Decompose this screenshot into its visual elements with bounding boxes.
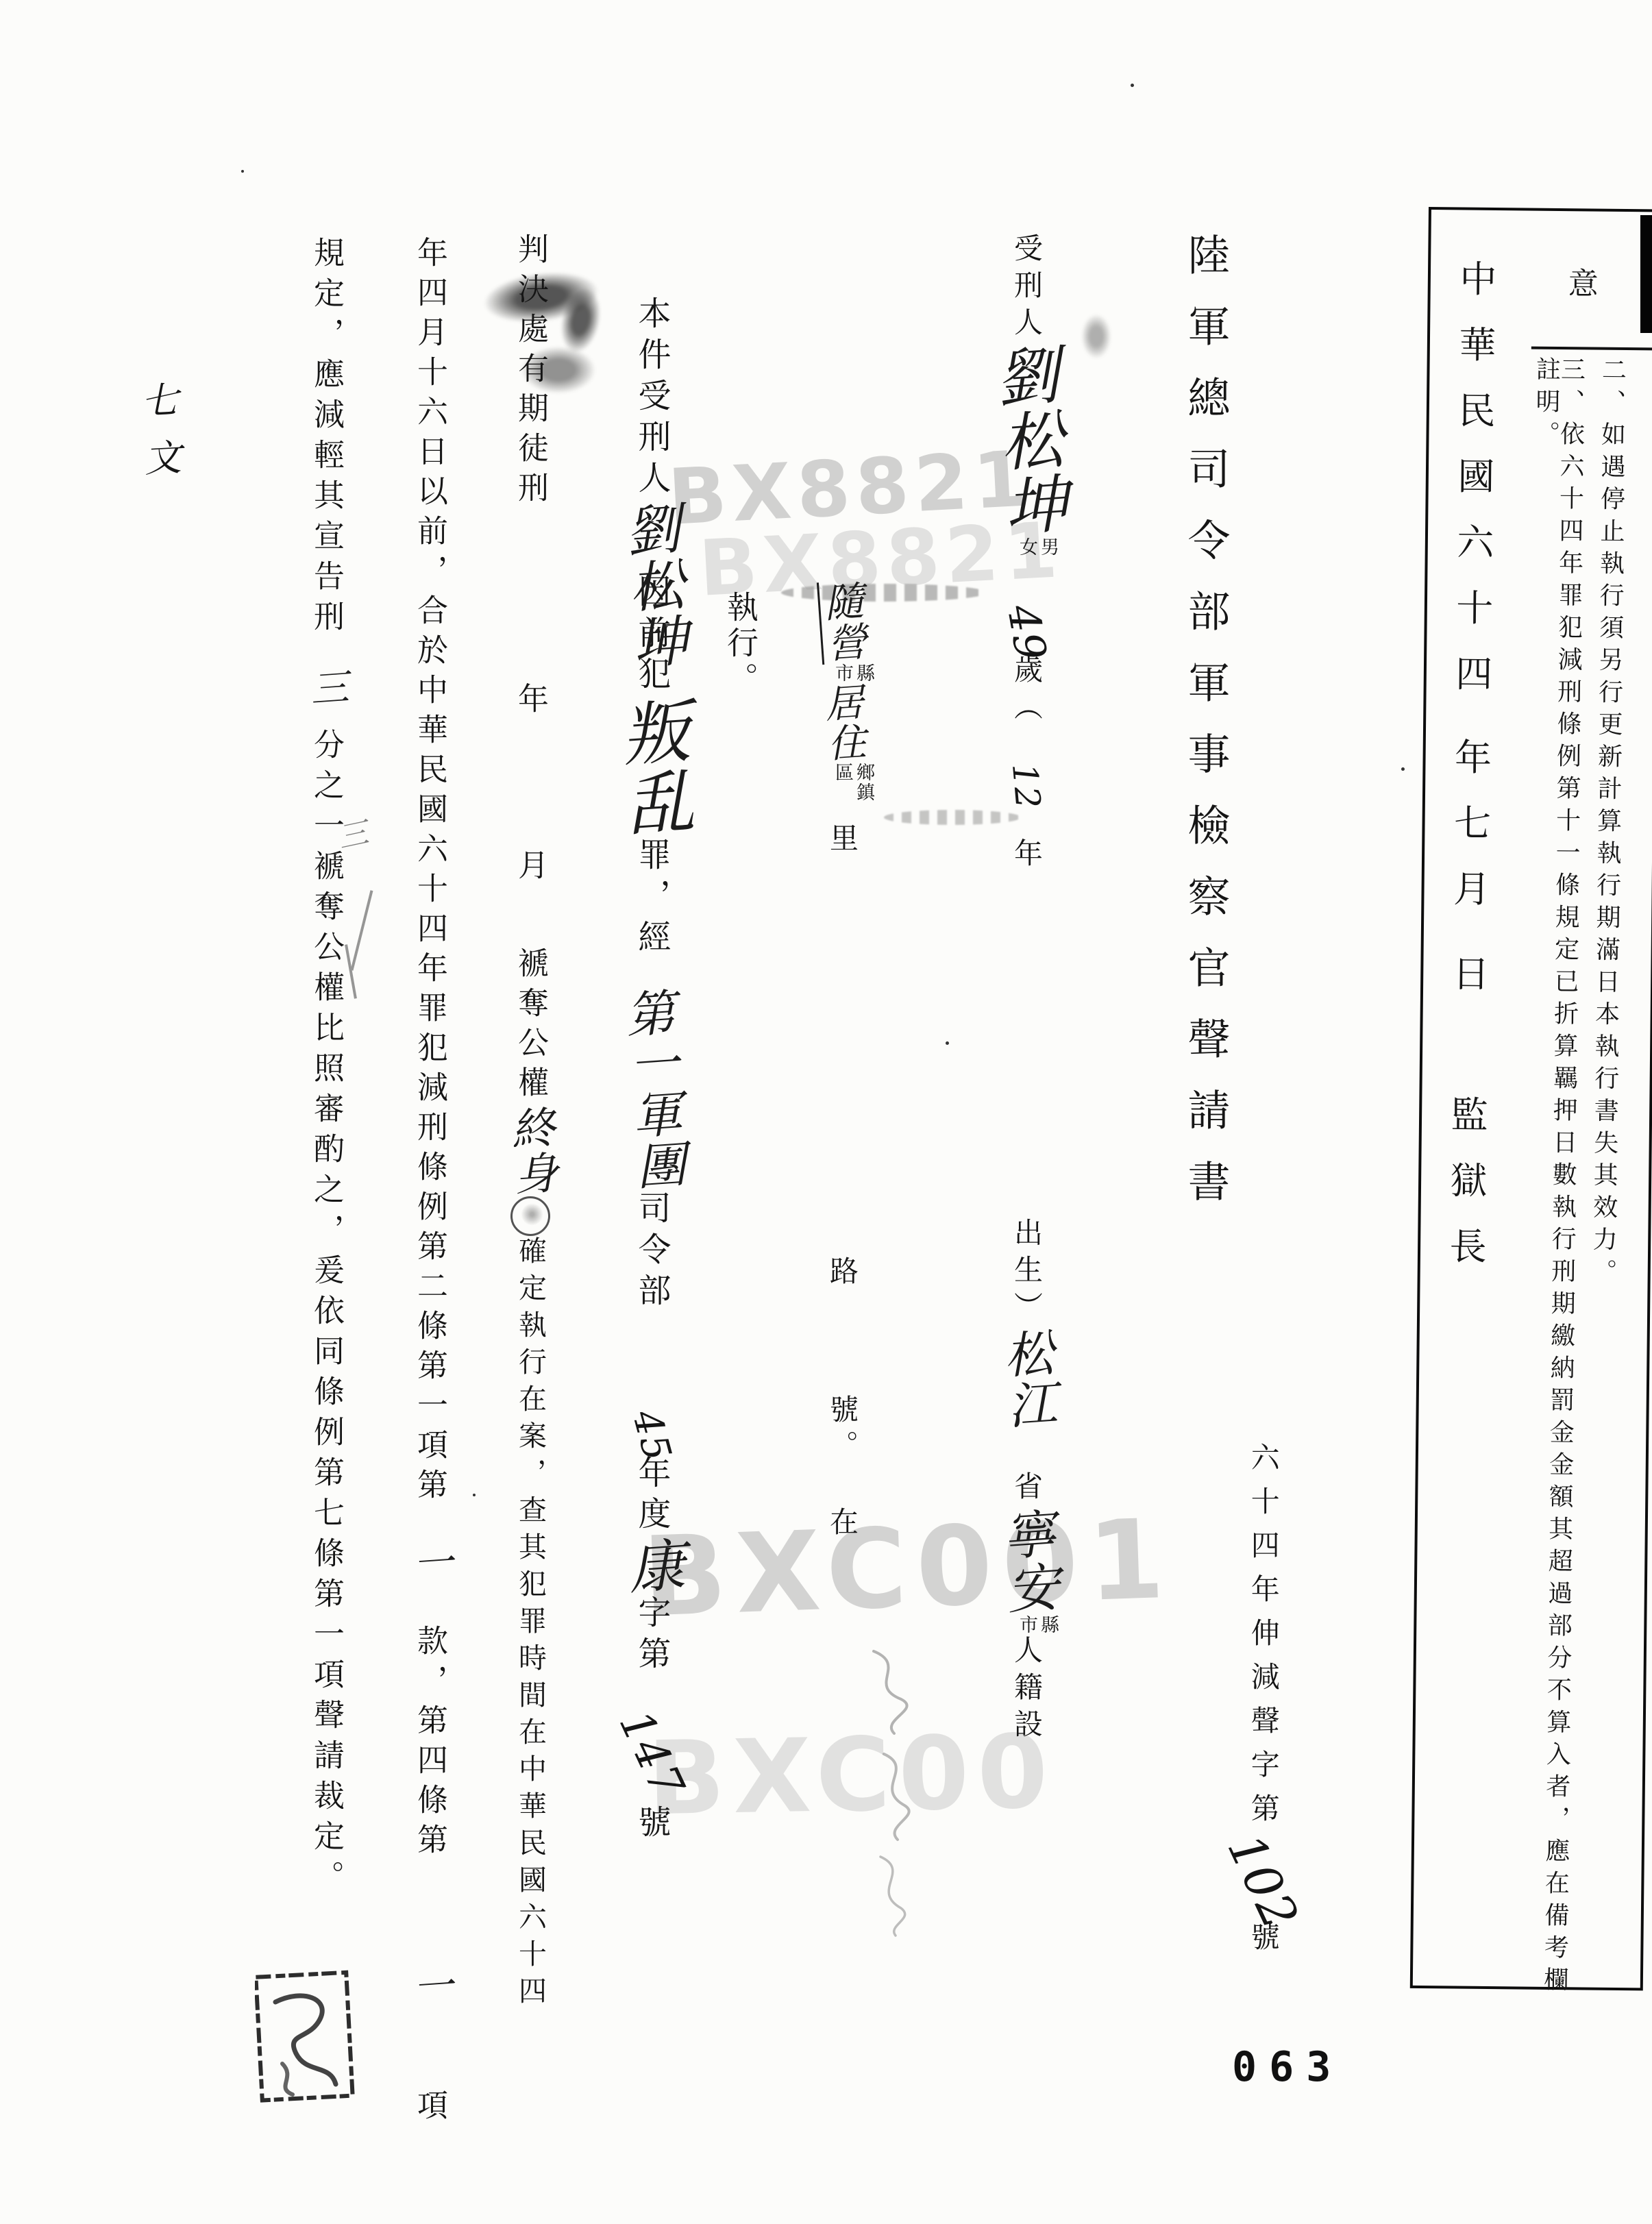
text-segment-gap bbox=[841, 1466, 843, 1507]
text-segment-num: 102 bbox=[1220, 1827, 1307, 1937]
notice-note-2: 二、如遇停止執行須另行更新計算執行期滿日本執行書失其效力。 bbox=[1582, 357, 1624, 2015]
text-segment-gap bbox=[530, 889, 531, 947]
convict-info-line: 受刑人劉松坤男 女49歲（12年出生）松江省寧安縣 市人籍設 bbox=[995, 233, 1059, 2049]
date-signature-line: 中華民國六十四年七月日監獄長 bbox=[1439, 259, 1494, 1944]
text-segment-p: 確定執行在案，查其犯罪時間在中華民國六十四 bbox=[516, 1236, 544, 2013]
text-segment-pair: 鄉鎮 區 bbox=[832, 763, 874, 802]
divider-line bbox=[1531, 347, 1652, 351]
text-segment-h: 一 bbox=[408, 1541, 451, 1585]
text-segment-gap bbox=[1026, 1430, 1027, 1471]
text-segment-p: 規定，應減輕其宣告刑 bbox=[311, 236, 342, 641]
text-segment-p: 受刑人 bbox=[1012, 233, 1041, 344]
text-segment-num: 147 bbox=[612, 1704, 691, 1805]
text-segment-p: 判決處有期徒刑 bbox=[515, 233, 546, 511]
text-segment-p: 年 bbox=[515, 682, 546, 722]
text-segment-gap bbox=[1026, 875, 1027, 1218]
text-segment-p: 人籍設 bbox=[1012, 1635, 1041, 1746]
text-segment-p: 款，第四條第 bbox=[415, 1624, 445, 1863]
text-segment-h: 劉松坤 bbox=[988, 342, 1064, 539]
text-segment-p: 在 bbox=[828, 1507, 856, 1542]
page-number: 063 bbox=[1232, 2043, 1343, 2091]
text-segment-p: 省 bbox=[1012, 1471, 1041, 1508]
execution-note: 執行。 bbox=[725, 591, 756, 741]
text-segment-gap bbox=[429, 1583, 430, 1624]
text-segment-p: 中華民國六十四 bbox=[1452, 259, 1494, 720]
text-segment-p: 里 bbox=[828, 823, 856, 858]
text-segment-gap bbox=[429, 1863, 430, 1966]
text-segment-gap bbox=[429, 2007, 430, 2089]
text-segment-gap bbox=[530, 511, 531, 682]
text-segment-gap bbox=[651, 1314, 652, 1417]
text-segment-p: 路 bbox=[828, 1256, 856, 1292]
correction-marks: 三 bbox=[337, 807, 399, 999]
speck bbox=[946, 1041, 949, 1045]
text-segment-pair: 縣 市 bbox=[832, 663, 874, 683]
text-segment-p: 年度 bbox=[635, 1455, 668, 1537]
text-segment-h: 居住 bbox=[820, 682, 864, 764]
text-segment-circ bbox=[510, 1196, 550, 1236]
document-title: 陸軍總司令部軍事檢察官聲請書 bbox=[1184, 233, 1226, 1288]
ink-smudge bbox=[1081, 314, 1111, 359]
text-segment-gap bbox=[325, 708, 327, 728]
text-segment-gap bbox=[841, 858, 843, 1256]
text-segment-p: 年 bbox=[1012, 838, 1041, 875]
notice-header: 意 bbox=[1565, 267, 1596, 300]
correction-char: 三 bbox=[333, 801, 402, 856]
speck bbox=[473, 1494, 476, 1496]
text-segment-p: 日 bbox=[1449, 954, 1487, 1020]
text-segment-p: 年七月 bbox=[1450, 737, 1489, 935]
notice-note-3: 三、依六十四年罪犯減刑條例第十一條規定已折算羈押日數執行刑期繳納罰金金額其超過部… bbox=[1516, 356, 1583, 2015]
notice-box: 意 二、如遇停止執行須另行更新計算執行期滿日本執行書失其效力。 三、依六十四年罪… bbox=[1410, 207, 1652, 1990]
text-segment-num: 49 bbox=[1000, 602, 1052, 665]
speck bbox=[241, 170, 244, 173]
text-segment-p: 褫奪公權 bbox=[515, 947, 546, 1106]
text-segment-h: 第一軍團 bbox=[620, 987, 683, 1192]
text-segment-num: 12 bbox=[1007, 762, 1046, 811]
watermark-text: BXC001 bbox=[641, 1495, 1176, 1642]
speck bbox=[1401, 767, 1405, 771]
signature-seal bbox=[255, 1968, 358, 2108]
text-segment-gap bbox=[1466, 1020, 1468, 1096]
text-segment-p: 歲（ bbox=[1012, 654, 1041, 728]
text-segment-num: 45 bbox=[626, 1406, 677, 1466]
text-segment-h: 一 bbox=[408, 1964, 451, 2008]
text-segment-gap bbox=[841, 802, 843, 823]
margin-note: 七文 bbox=[137, 380, 185, 587]
text-segment-h: 康 bbox=[621, 1535, 682, 1597]
text-segment-gap bbox=[841, 1292, 843, 1394]
body-column-1: 本件受刑人劉松坤因前犯叛乱罪，經第一軍團司令部45年度康字第147號 bbox=[606, 296, 697, 2105]
text-segment-gap bbox=[651, 961, 652, 988]
correction-stroke bbox=[351, 890, 373, 970]
text-segment-p: 本件受刑人 bbox=[635, 296, 668, 502]
text-segment-gap bbox=[1470, 720, 1471, 738]
text-segment-p: 年四月十六日以前，合於中華民國六十四年罪犯減刑條例第二條第一項第 bbox=[415, 236, 445, 1508]
text-segment-p: 月 bbox=[515, 849, 546, 889]
text-segment-p: 出生） bbox=[1012, 1218, 1041, 1329]
speck bbox=[1131, 84, 1134, 87]
text-segment-p: 司令部 bbox=[635, 1191, 668, 1314]
text-segment-p: 監獄長 bbox=[1446, 1095, 1485, 1293]
text-segment-pair: 男 女 bbox=[1016, 537, 1059, 557]
text-segment-h: 寧安 bbox=[997, 1507, 1057, 1617]
text-segment-gap bbox=[530, 722, 531, 849]
scan-artifact-bar bbox=[1640, 215, 1652, 333]
text-segment-p: 字第 bbox=[635, 1595, 668, 1677]
text-segment-pair: 縣 市 bbox=[1016, 1615, 1059, 1635]
faint-handwriting bbox=[846, 1644, 942, 1939]
text-segment-p: 六十四年伸減聲字第 bbox=[1249, 1442, 1278, 1837]
text-segment-h: 劉松坤 bbox=[619, 500, 685, 672]
text-segment-h: 松江 bbox=[998, 1327, 1055, 1432]
text-segment-p: 項 bbox=[415, 2089, 445, 2129]
text-segment-p: 號。 bbox=[828, 1394, 856, 1466]
case-number-line: 六十四年伸減聲字第102號 bbox=[1214, 1442, 1312, 2004]
text-segment-p: 號 bbox=[635, 1805, 668, 1846]
text-segment-h: 三 bbox=[306, 667, 347, 709]
text-segment-h: 隨營 bbox=[819, 580, 865, 665]
text-segment-h: 終身 bbox=[505, 1104, 555, 1198]
text-segment-h: 叛乱 bbox=[613, 695, 691, 839]
text-segment-gap bbox=[1468, 935, 1469, 954]
text-segment-p: 罪，經 bbox=[635, 837, 668, 961]
text-segment-gap bbox=[429, 1508, 430, 1542]
text-segment-gap bbox=[325, 641, 327, 668]
body-column-4: 規定，應減輕其宣告刑三分之一褫奪公權比照審酌之，爰依同條例第七條第一項聲請裁定。 bbox=[307, 236, 345, 2004]
body-column-3: 年四月十六日以前，合於中華民國六十四年罪犯減刑條例第二條第一項第一款，第四條第一… bbox=[410, 236, 449, 2196]
body-column-2: 判決處有期徒刑年月褫奪公權終身確定執行在案，查其犯罪時間在中華民國六十四 bbox=[508, 233, 552, 2110]
